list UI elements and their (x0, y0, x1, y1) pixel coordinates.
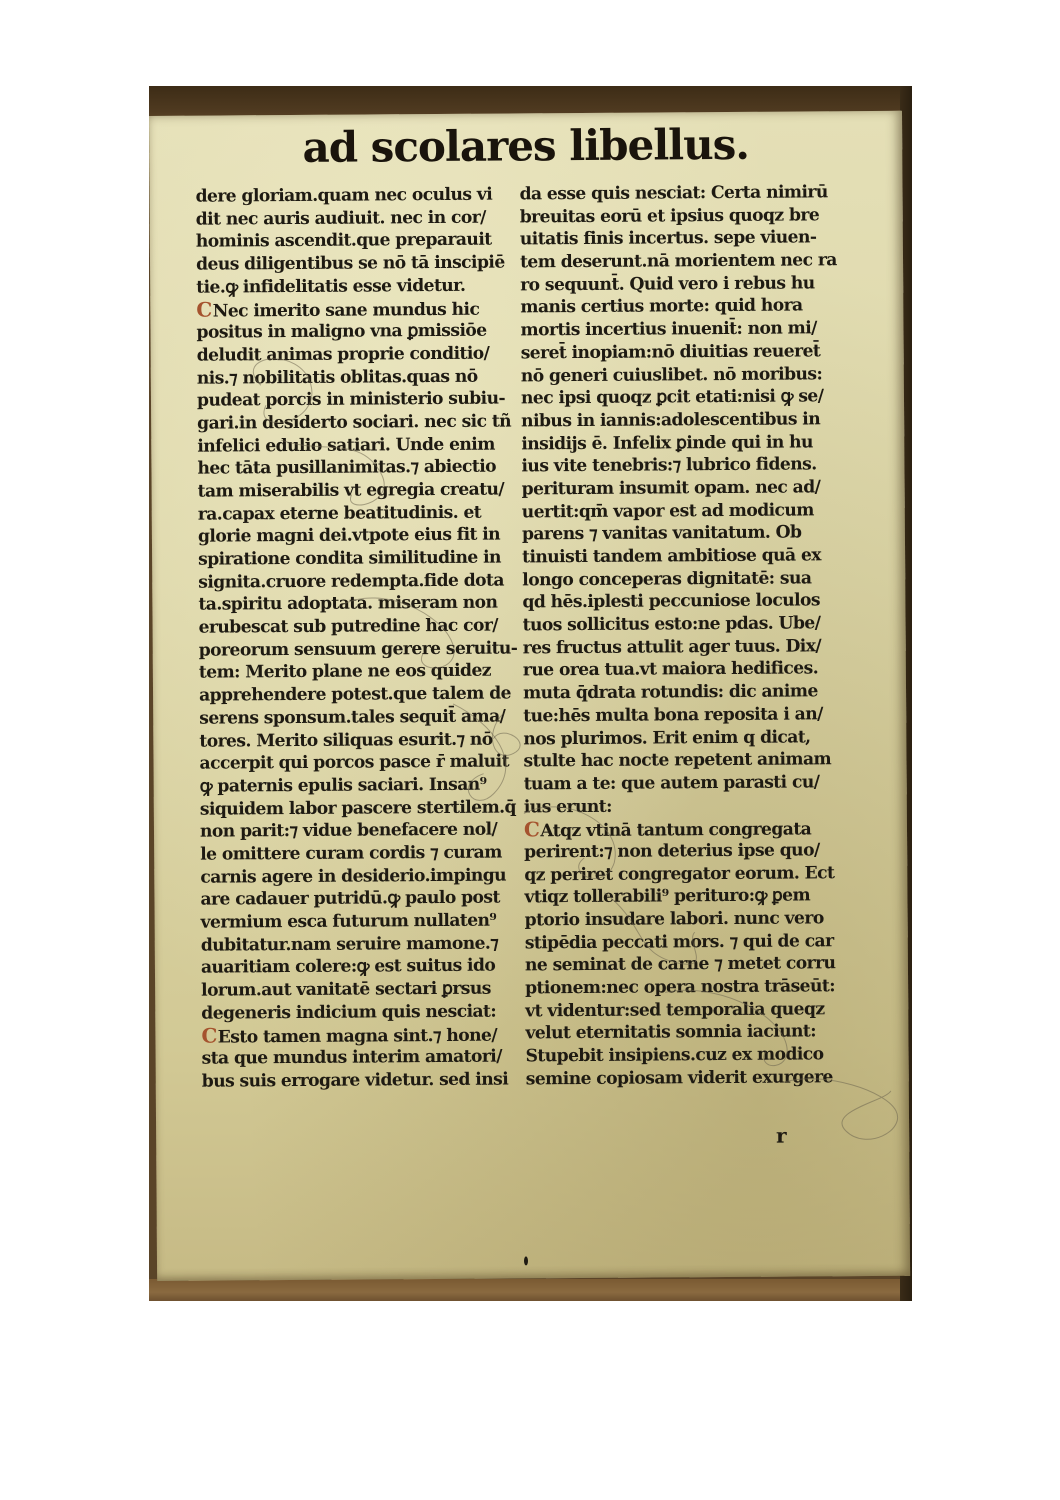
text-line: serens sponsum.tales sequit̄ ama/ (199, 705, 529, 730)
text-line: non parit:⁊ vidue benefacere nol/ (200, 819, 530, 844)
text-line: nō generi cuiuslibet. nō moribus: (521, 363, 866, 388)
text-line: tinuisti tandem ambitiose quā ex (522, 544, 867, 569)
text-line: muta q̄drata rotundis: dic anime (523, 680, 868, 705)
text-line: perirent:⁊ non deterius ipse quo/ (524, 839, 869, 864)
text-line: uertit:qm̄ vapor est ad modicum (522, 499, 867, 524)
text-line: dubitatur.nam seruire mamone.⁊ (201, 932, 531, 957)
text-line: breuitas eorū et ipsius quoqz bre (520, 204, 865, 229)
text-line: tores. Merito siliquas esurit.⁊ nō (199, 728, 529, 753)
ink-spot (524, 1256, 528, 1265)
text-line: manis certius morte: quid hora (520, 294, 865, 319)
text-line: degeneris indicium quis nesciat: (201, 1000, 531, 1025)
text-line: uitatis finis incertus. sepe viuen- (520, 226, 865, 251)
text-line: tuam a te: que autem parasti cu/ (524, 771, 869, 796)
text-line: lorum.aut vanitatē sectari ꝑrsus (201, 977, 531, 1002)
text-line: Atqz vtinā tantum congregata (524, 816, 869, 841)
text-line: Stupebit insipiens.cuz ex modico (525, 1043, 870, 1068)
text-line: stulte hac nocte repetent animam (523, 748, 868, 773)
binding-bottom-edge (149, 1279, 912, 1301)
text-line: ne seminat de carne ⁊ metet corru (525, 952, 870, 977)
text-line: ius erunt: (524, 794, 869, 819)
text-line: qz periret congregator eorum. Ect (524, 862, 869, 887)
right-text-column: da esse quis nesciat: Certa nimirūbreuit… (519, 181, 870, 1091)
text-line: poreorum sensuum gerere seruitu- (199, 637, 529, 662)
text-line: rue orea tua.vt maiora hedifices. (523, 657, 868, 682)
text-line: dit nec auris audiuit. nec in cor/ (196, 206, 526, 231)
text-line: perituram insumit opam. nec ad/ (522, 476, 867, 501)
text-line: ptorio insudare labori. nunc vero (525, 907, 870, 932)
text-line: glorie magni dei.vtpote eius fit in (198, 524, 528, 549)
text-line: hominis ascendit.que preparauit (196, 229, 526, 254)
text-line: insidijs ē. Infelix ꝑinde qui in hu (521, 431, 866, 456)
text-line: ta.spiritu adoptata. miseram non (198, 592, 528, 617)
text-line: Nec imerito sane mundus hic (196, 297, 526, 322)
text-line: qd hēs.iplesti peccuniose loculos (522, 589, 867, 614)
text-line: stipēdia peccati mors. ⁊ qui de car (525, 930, 870, 955)
text-line: hec tāta pusillanimitas.⁊ abiectio (197, 456, 527, 481)
text-line: tue:hēs multa bona reposita i an/ (523, 703, 868, 728)
text-line: tie.ꝙ infidelitatis esse videtur. (196, 274, 526, 299)
text-line: tuos sollicitus esto:ne pdas. Ube/ (522, 612, 867, 637)
text-line: bus suis errogare videtur. sed insi (202, 1068, 532, 1093)
text-line: da esse quis nesciat: Certa nimirū (519, 181, 864, 206)
text-line: mortis incertius inuenit̄: non mi/ (520, 317, 865, 342)
text-line: le omittere curam cordis ⁊ curam (200, 841, 530, 866)
text-line: Esto tamen magna sint.⁊ hone/ (201, 1023, 531, 1048)
text-line: ptionem:nec opera nostra trāseūt: (525, 975, 870, 1000)
left-text-column: dere gloriam.quam nec oculus vidit nec a… (195, 183, 531, 1093)
text-line: infelici edulio satiari. Unde enim (197, 433, 527, 458)
text-line: sta que mundus interim amatori/ (202, 1045, 532, 1070)
text-line: tam miserabilis vt egregia creatu/ (198, 478, 528, 503)
text-line: nec ipsi quoqz ꝑcit etati:nisi ꝙ se/ (521, 385, 866, 410)
text-line: carnis agere in desiderio.impingu (200, 864, 530, 889)
text-line: are cadauer putridū.ꝙ paulo post (200, 887, 530, 912)
text-line: ꝙ paternis epulis saciari. Insan⁹ (200, 773, 530, 798)
text-line: vtiqz tollerabili⁹ perituro:ꝙ ꝑem (524, 884, 869, 909)
text-line: parens ⁊ vanitas vanitatum. Ob (522, 521, 867, 546)
text-line: nos plurimos. Erit enim q dicat, (523, 725, 868, 750)
text-line: res fructus attulit ager tuus. Dix/ (523, 635, 868, 660)
text-line: pudeat porcis in ministerio subiu- (197, 388, 527, 413)
text-line: deludit animas proprie conditio/ (197, 342, 527, 367)
text-line: deus diligentibus se nō tā inscipiē (196, 251, 526, 276)
signature-mark: r (776, 1124, 787, 1148)
text-line: auaritiam colere:ꝙ est suitus ido (201, 955, 531, 980)
text-line: seret̄ inopiam:nō diuitias reueret̄ (521, 340, 866, 365)
running-head: ad scolares libellus. (149, 119, 902, 173)
page-photograph: ad scolares libellus. dere gloriam.quam … (149, 86, 912, 1301)
text-line: semine copiosam viderit exurgere (526, 1066, 871, 1091)
text-line: positus in maligno vna ꝑmissiōe (196, 319, 526, 344)
text-line: longo conceperas dignitatē: sua (522, 567, 867, 592)
text-line: nis.⁊ nobilitatis oblitas.quas nō (197, 365, 527, 390)
text-line: spiratione condita similitudine in (198, 546, 528, 571)
text-line: dere gloriam.quam nec oculus vi (195, 183, 525, 208)
paper-leaf: ad scolares libellus. dere gloriam.quam … (149, 111, 910, 1281)
text-line: tem: Merito plane ne eos quidez (199, 660, 529, 685)
text-line: velut eternitatis somnia iaciunt: (525, 1020, 870, 1045)
text-line: nibus in iannis:adolescentibus in (521, 408, 866, 433)
text-line: accerpit qui porcos pasce r̄ maluit (199, 751, 529, 776)
text-line: gari.in desiderto sociari. nec sic tñ (197, 410, 527, 435)
text-line: vermium esca futurum nullaten⁹ (201, 909, 531, 934)
text-line: ro sequunt̄. Quid vero i rebus hu (520, 272, 865, 297)
text-line: tem deserunt.nā morientem nec ra (520, 249, 865, 274)
text-line: ra.capax eterne beatitudinis. et (198, 501, 528, 526)
text-line: ius vite tenebris:⁊ lubrico fidens. (521, 453, 866, 478)
text-line: erubescat sub putredine hac cor/ (198, 614, 528, 639)
text-line: apprehendere potest.que talem de (199, 682, 529, 707)
text-line: signita.cruore redempta.fide dota (198, 569, 528, 594)
text-line: siquidem labor pascere stertilem.q̄ (200, 796, 530, 821)
text-line: vt videntur:sed temporalia queqz (525, 998, 870, 1023)
